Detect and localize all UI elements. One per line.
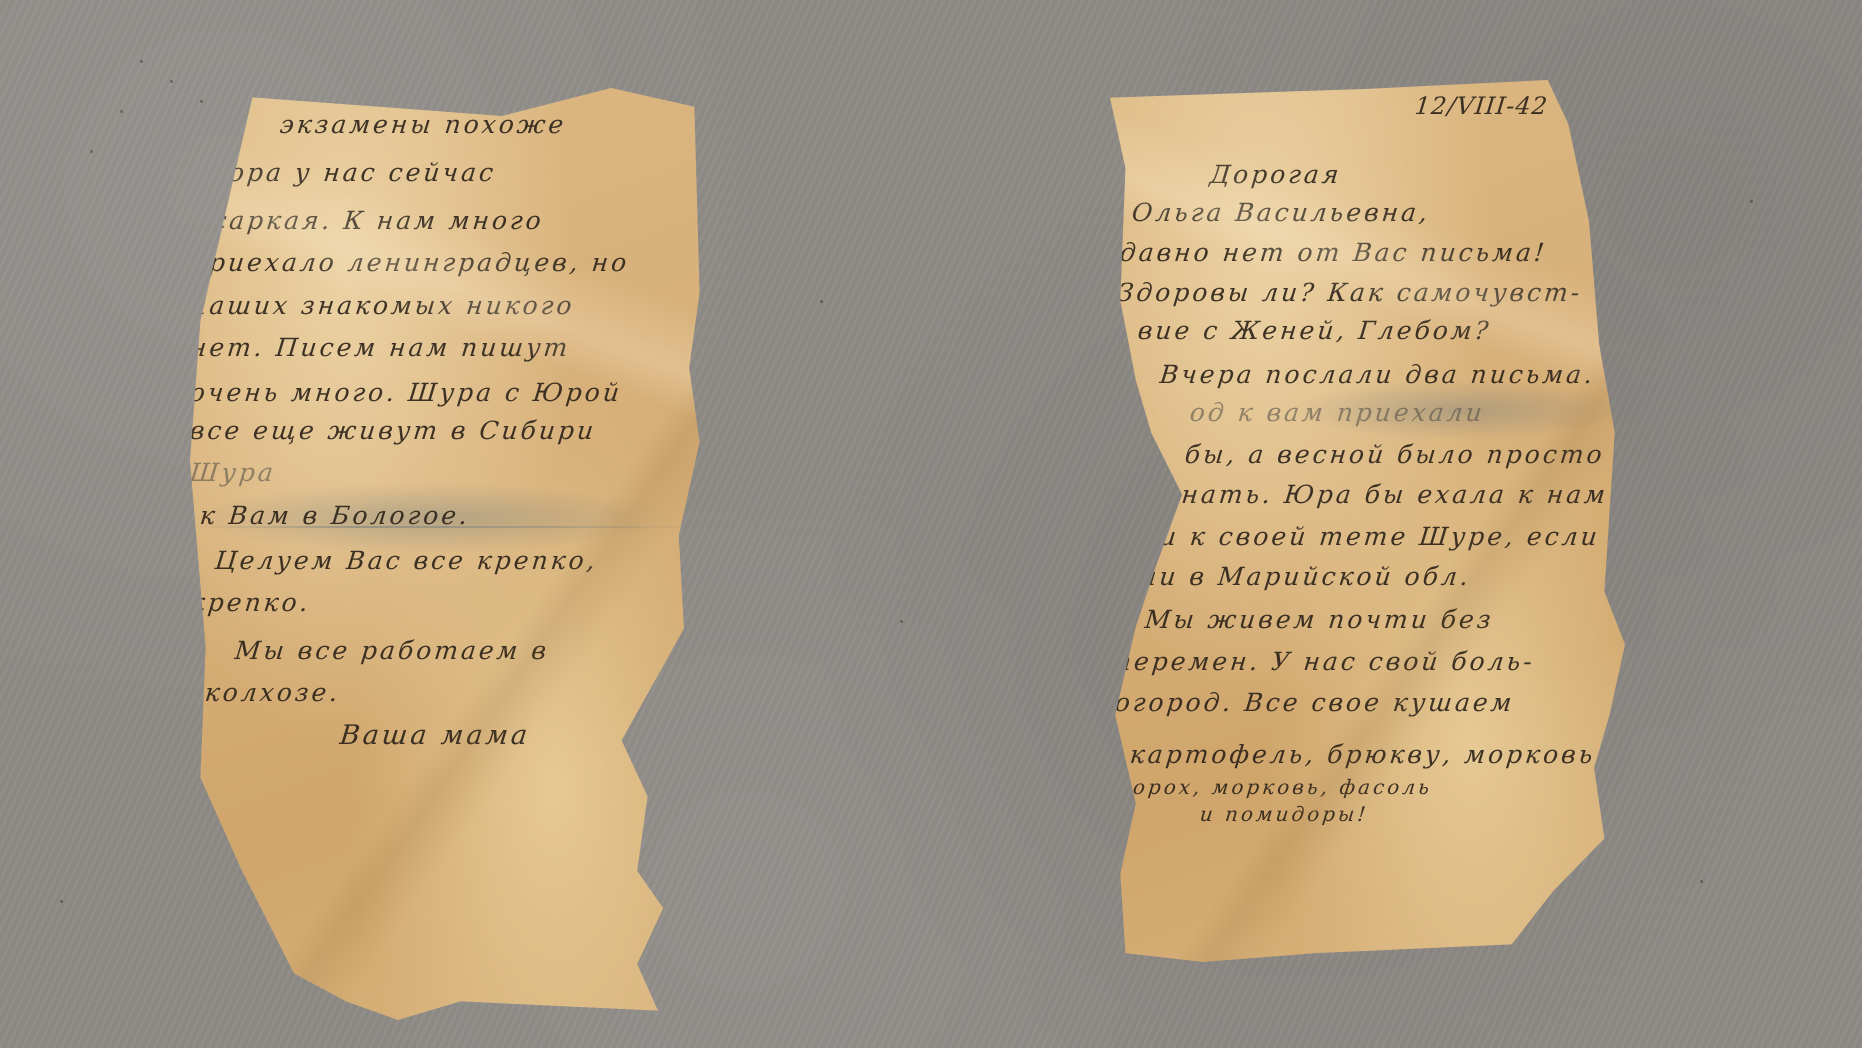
- handwritten-line: к Вам в Бологое.: [198, 501, 471, 530]
- handwritten-line: бы, а весной было просто: [1183, 440, 1606, 469]
- handwritten-line: Вчера послали два письма.: [1158, 360, 1596, 389]
- handwritten-line: крепко.: [188, 588, 312, 617]
- surface-speck: [140, 60, 143, 63]
- handwritten-line: все еще живут в Сибири: [188, 416, 597, 445]
- handwritten-line: экзамены похоже: [278, 110, 567, 139]
- handwritten-line-smudged: Шура: [188, 458, 277, 487]
- surface-speck: [120, 110, 123, 113]
- handwritten-line-smudged: од к вам приехали: [1188, 398, 1486, 427]
- letter-date: 12/VIII-42: [1414, 92, 1550, 120]
- handwritten-line: перемен. У нас свой боль-: [1113, 647, 1536, 676]
- handwritten-line: пора у нас сейчас: [208, 158, 497, 187]
- handwritten-greeting: Дорогая: [1208, 160, 1343, 189]
- handwritten-line: и помидоры!: [1199, 802, 1370, 826]
- handwritten-line: или к своей тете Шуре, если: [1120, 522, 1601, 551]
- handwritten-line: картофель, брюкву, морковь,: [1128, 740, 1607, 769]
- handwritten-line: Мы все работаем в: [233, 636, 550, 665]
- signature: Ваша мама: [338, 720, 531, 751]
- handwritten-line: вие с Женей, Глебом?: [1136, 316, 1492, 345]
- letter-fragment-right: 12/VIII-42 Дорогая Ольга Васильевна, дав…: [1110, 80, 1625, 962]
- handwritten-line: горох, морковь, фасоль: [1119, 775, 1434, 799]
- letter-fragment-left: экзамены похоже пора у нас сейчас жаркая…: [190, 88, 710, 1020]
- handwritten-line: очень много. Шура с Юрой: [188, 378, 623, 407]
- surface-speck: [820, 300, 823, 303]
- surface-speck: [170, 80, 173, 83]
- handwritten-line: Здоровы ли? Как самочувст-: [1116, 278, 1583, 307]
- surface-speck: [200, 100, 203, 103]
- handwritten-line: они в Марийской обл.: [1120, 562, 1472, 591]
- surface-speck: [1750, 200, 1753, 203]
- handwritten-line: знать. Юра бы ехала к нам: [1163, 480, 1609, 509]
- handwritten-line: колхозе.: [203, 678, 341, 707]
- handwritten-line: Целуем Вас все крепко,: [213, 546, 599, 575]
- handwritten-line: давно нет от Вас письма!: [1118, 238, 1548, 267]
- handwritten-line: Мы живем почти без: [1143, 605, 1495, 634]
- handwritten-line: наших знакомых никого: [188, 291, 576, 320]
- handwritten-line: приехало ленинградцев, но: [188, 248, 630, 277]
- handwritten-addressee: Ольга Васильевна,: [1130, 198, 1431, 227]
- surface-speck: [60, 900, 63, 903]
- surface-speck: [900, 620, 903, 623]
- handwritten-line: жаркая. К нам много: [196, 206, 545, 235]
- handwritten-line: нет. Писем нам пишут: [188, 333, 571, 362]
- surface-speck: [90, 150, 93, 153]
- handwritten-line: огород. Все свое кушаем: [1113, 688, 1516, 717]
- surface-speck: [1700, 880, 1703, 883]
